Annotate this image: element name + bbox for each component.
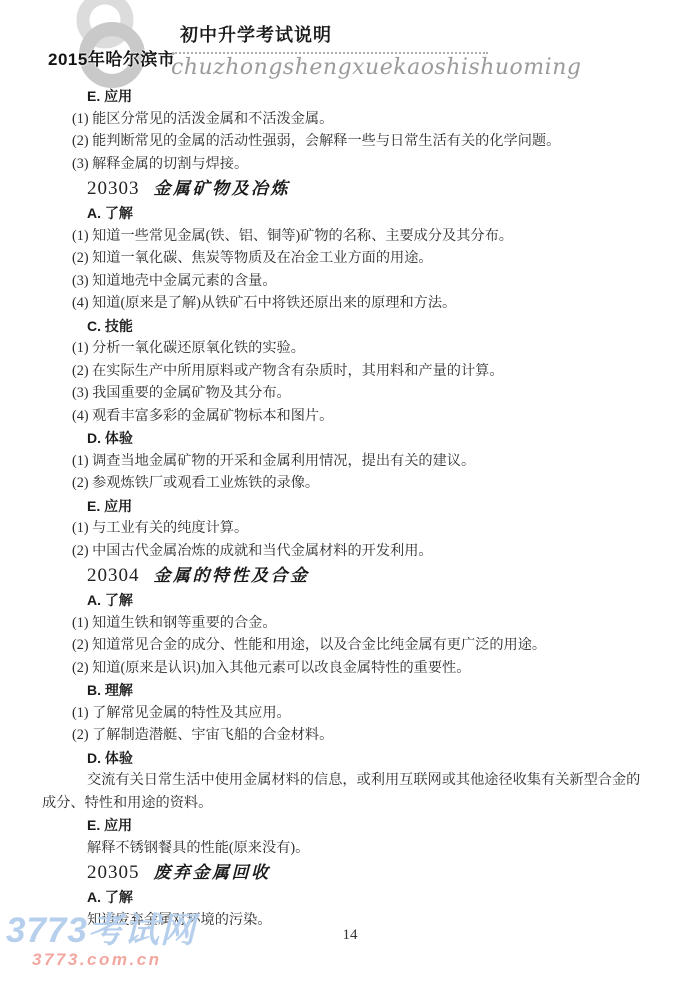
document-page: 2015年哈尔滨市 初中升学考试说明 chuzhongshengxuekaosh… [0,0,700,985]
section-heading: 20304金属的特性及合金 [42,562,642,589]
list-item: (2) 了解制造潜艇、宇宙飞船的合金材料。 [42,724,642,747]
paragraph: 解释不锈钢餐具的性能(原来没有)。 [42,837,642,860]
list-item: (2) 在实际生产中所用原料或产物含有杂质时，其用料和产量的计算。 [42,360,642,383]
list-item: (1) 了解常见金属的特性及其应用。 [42,702,642,725]
header-dotted-divider [172,52,488,54]
watermark-site-name: 3773考试网 [6,913,236,949]
sub-heading: E. 应用 [42,495,642,518]
list-item: (4) 知道(原来是了解)从铁矿石中将铁还原出来的原理和方法。 [42,292,642,315]
watermark: 3773考试网 3773.com.cn [6,913,236,970]
sub-heading: A. 了解 [42,589,642,612]
section-number: 20305 [87,862,140,883]
section-title: 金属矿物及冶炼 [154,179,291,198]
content-lines: E. 应用(1) 能区分常见的活泼金属和不活泼金属。(2) 能判断常见的金属的活… [42,85,642,931]
list-item: (1) 知道生铁和钢等重要的合金。 [42,612,642,635]
list-item: (2) 中国古代金属冶炼的成就和当代金属材料的开发利用。 [42,540,642,563]
sub-heading: B. 理解 [42,679,642,702]
list-item: (1) 能区分常见的活泼金属和不活泼金属。 [42,108,642,131]
sub-heading: E. 应用 [42,85,642,108]
list-item: (4) 观看丰富多彩的金属矿物标本和图片。 [42,405,642,428]
list-item: (2) 参观炼铁厂或观看工业炼铁的录像。 [42,472,642,495]
list-item: (1) 知道一些常见金属(铁、铝、铜等)矿物的名称、主要成分及其分布。 [42,225,642,248]
section-title: 金属的特性及合金 [154,566,310,585]
section-heading: 20305废弃金属回收 [42,859,642,886]
section-title: 废弃金属回收 [154,863,271,882]
sub-heading: D. 体验 [42,747,642,770]
list-item: (3) 知道地壳中金属元素的含量。 [42,270,642,293]
list-item: (2) 能判断常见的金属的活动性强弱，会解释一些与日常生活有关的化学问题。 [42,130,642,153]
region-year-title: 2015年哈尔滨市 [48,45,175,70]
list-item: (1) 分析一氧化碳还原氧化铁的实验。 [42,337,642,360]
sub-heading: A. 了解 [42,202,642,225]
sub-heading: A. 了解 [42,886,642,909]
document-title: 初中升学考试说明 [180,21,332,47]
list-item: (2) 知道一氧化碳、焦炭等物质及在冶金工业方面的用途。 [42,247,642,270]
list-item: (3) 解释金属的切割与焊接。 [42,153,642,176]
section-number: 20303 [87,178,140,199]
section-number: 20304 [87,565,140,586]
paragraph: 交流有关日常生活中使用金属材料的信息，或利用互联网或其他途径收集有关新型合金的成… [42,769,642,814]
list-item: (1) 与工业有关的纯度计算。 [42,517,642,540]
watermark-site-url: 3773.com.cn [32,950,236,970]
section-heading: 20303金属矿物及冶炼 [42,175,642,202]
list-item: (2) 知道常见合金的成分、性能和用途，以及合金比纯金属有更广泛的用途。 [42,634,642,657]
sub-heading: E. 应用 [42,814,642,837]
list-item: (2) 知道(原来是认识)加入其他元素可以改良金属特性的重要性。 [42,657,642,680]
list-item: (3) 我国重要的金属矿物及其分布。 [42,382,642,405]
sub-heading: D. 体验 [42,427,642,450]
list-item: (1) 调查当地金属矿物的开采和金属利用情况，提出有关的建议。 [42,450,642,473]
pinyin-subtitle: chuzhongshengxuekaoshishuoming [171,55,581,80]
sub-heading: C. 技能 [42,315,642,338]
